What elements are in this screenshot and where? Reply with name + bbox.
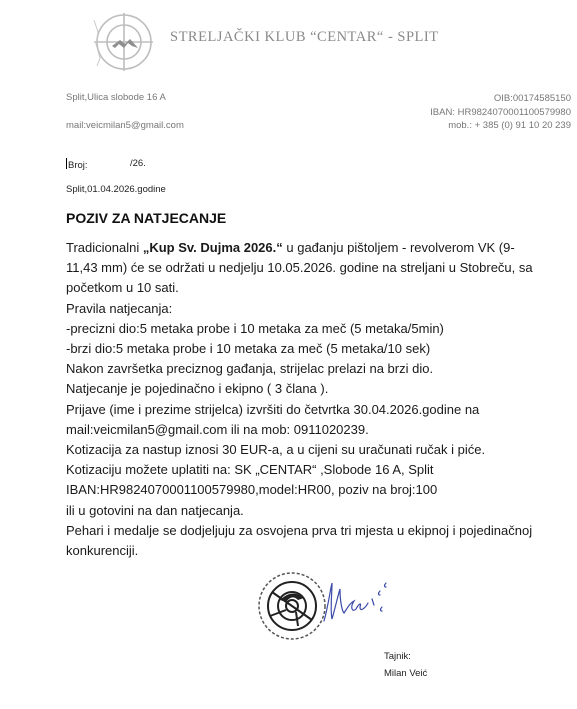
club-iban: IBAN: HR9824070001100579980 (430, 106, 571, 120)
payment-info: Kotizaciju možete uplatiti na: SK „CENTA… (66, 460, 536, 480)
rule-precision: -precizni dio:5 metaka probe i 10 metaka… (66, 319, 536, 339)
registration-info: Prijave (ime i prezime strijelca) izvrši… (66, 400, 536, 440)
club-oib: OIB:00174585150 (430, 92, 571, 106)
club-stamp-icon (256, 570, 328, 642)
club-mobile: mob.: + 385 (0) 91 10 20 239 (430, 119, 571, 133)
number-label: Broj: (68, 160, 88, 171)
target-logo-icon (88, 10, 154, 72)
number-suffix: /26. (130, 158, 146, 169)
club-registration-info: OIB:00174585150 IBAN: HR9824070001100579… (430, 92, 571, 133)
document-title: POZIV ZA NATJECANJE (66, 210, 226, 226)
signatory-name: Milan Veić (384, 668, 427, 679)
document-body: Tradicionalni „Kup Sv. Dujma 2026.“ u ga… (66, 238, 536, 561)
awards-info: Pehari i medalje se dodjeljuju za osvoje… (66, 521, 536, 561)
document-number: Broj: (66, 158, 88, 171)
payment-iban: IBAN:HR9824070001100579980,model:HR00, p… (66, 480, 536, 500)
club-address: Split,Ulica slobode 16 A (66, 92, 166, 103)
fee-info: Kotizacija za nastup iznosi 30 EUR-a, a … (66, 440, 536, 460)
intro-prefix: Tradicionalni (66, 240, 143, 255)
competition-format: Natjecanje je pojedinačno i ekipno ( 3 č… (66, 379, 536, 399)
handwritten-signature-icon (320, 577, 410, 627)
event-name: „Kup Sv. Dujma 2026.“ (143, 240, 283, 255)
club-name: STRELJAČKI KLUB “CENTAR“ - SPLIT (170, 29, 439, 46)
payment-cash: ili u gotovini na dan natjecanja. (66, 501, 536, 521)
rule-transition: Nakon završetka preciznog gađanja, strij… (66, 359, 536, 379)
rules-heading: Pravila natjecanja: (66, 299, 536, 319)
rule-rapid: -brzi dio:5 metaka probe i 10 metaka za … (66, 339, 536, 359)
signatory-role: Tajnik: (384, 651, 411, 662)
club-email: mail:veicmilan5@gmail.com (66, 120, 184, 131)
text-cursor (66, 158, 67, 169)
place-date: Split,01.04.2026.godine (66, 184, 166, 195)
intro-paragraph: Tradicionalni „Kup Sv. Dujma 2026.“ u ga… (66, 238, 536, 299)
